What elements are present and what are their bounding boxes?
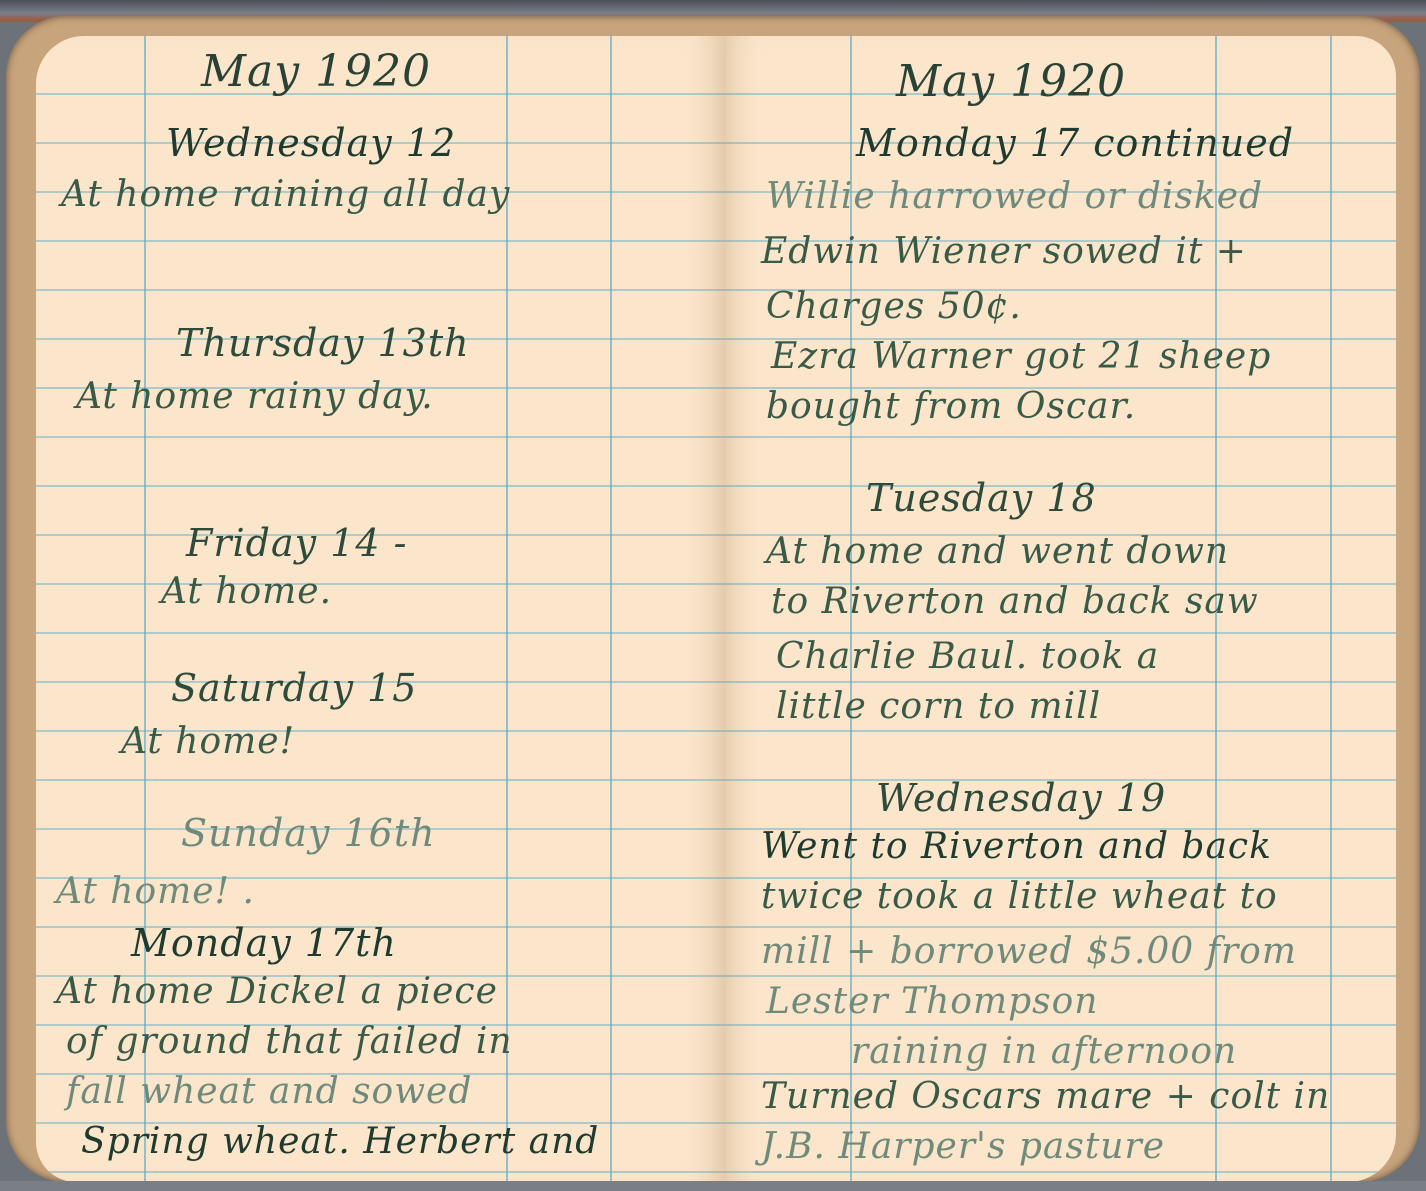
entry-line: Went to Riverton and back [761, 826, 1272, 867]
entry-day: Monday 17th [131, 921, 397, 965]
entry-line: fall wheat and sowed [66, 1071, 472, 1112]
page-header: May 1920 [896, 56, 1126, 107]
entry-line: to Riverton and back saw [771, 581, 1259, 622]
column-rule [1330, 36, 1332, 1182]
entry-line: Spring wheat. Herbert and [81, 1121, 599, 1162]
entry-day: Monday 17 continued [856, 121, 1294, 165]
entry-day: Sunday 16th [181, 811, 436, 855]
entry-line: Turned Oscars mare + colt in [761, 1076, 1330, 1117]
entry-line: little corn to mill [776, 686, 1101, 727]
entry-day: Friday 14 - [186, 521, 407, 565]
entry-line: J.B. Harper's pasture [761, 1126, 1165, 1167]
entry-day: Saturday 15 [171, 666, 417, 710]
entry-line: raining in afternoon [851, 1031, 1237, 1072]
left-page: May 1920 Wednesday 12 At home raining al… [36, 36, 726, 1182]
entry-day: Wednesday 19 [876, 776, 1166, 820]
entry-line: At home raining all day [61, 174, 510, 215]
entry-line: At home Dickel a piece [56, 971, 498, 1012]
entry-line: At home! [121, 721, 295, 762]
entry-day: Thursday 13th [176, 321, 470, 365]
diary-book: May 1920 Wednesday 12 At home raining al… [6, 16, 1420, 1182]
entry-line: of ground that failed in [66, 1021, 513, 1062]
entry-line: mill + borrowed $5.00 from [761, 931, 1297, 972]
right-page: May 1920 Monday 17 continued Willie harr… [726, 36, 1396, 1182]
entry-line: bought from Oscar. [766, 386, 1136, 427]
entry-line: Ezra Warner got 21 sheep [771, 336, 1271, 377]
entry-line: Charlie Baul. took a [776, 636, 1159, 677]
entry-line: At home. [161, 571, 332, 612]
entry-line: At home rainy day. [76, 376, 434, 417]
entry-line: Willie harrowed or disked [766, 176, 1263, 217]
entry-line: Charges 50¢. [766, 286, 1022, 327]
page-header: May 1920 [201, 46, 431, 97]
entry-line: At home! . [56, 871, 255, 912]
entry-day: Wednesday 12 [166, 121, 456, 165]
binder-bottom-edge [0, 1181, 1426, 1191]
entry-line: twice took a little wheat to [761, 876, 1278, 917]
entry-line: Edwin Wiener sowed it + [761, 231, 1247, 272]
column-rule [610, 36, 612, 1182]
entry-day: Tuesday 18 [866, 476, 1097, 520]
entry-line: At home and went down [766, 531, 1229, 572]
entry-line: Lester Thompson [766, 981, 1099, 1022]
